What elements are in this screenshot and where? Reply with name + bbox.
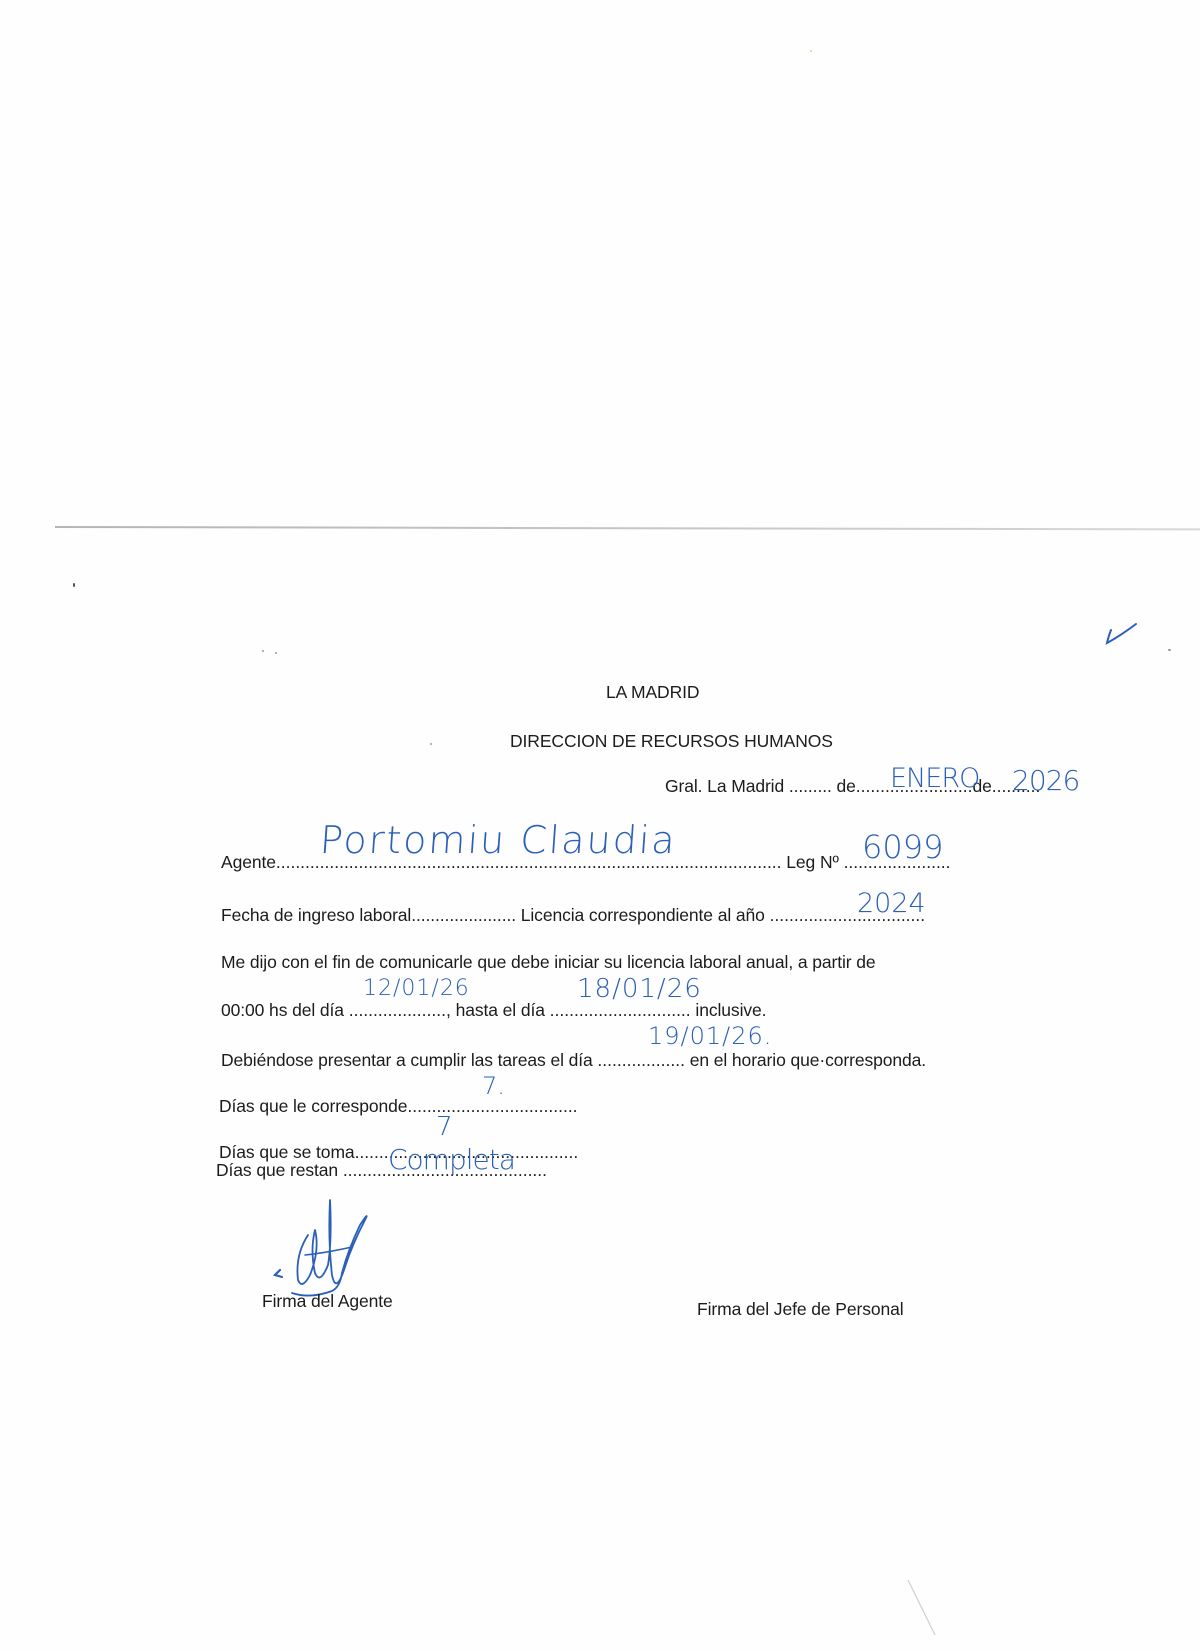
paper-crease bbox=[900, 1570, 960, 1640]
handwritten-days-toma: 7 bbox=[436, 1112, 453, 1142]
place-date-prefix: Gral. La Madrid ......... de bbox=[665, 776, 856, 796]
place-date-line: Gral. La Madrid ......... de............… bbox=[665, 776, 1040, 796]
page-separator-line bbox=[55, 526, 1200, 530]
scan-speck bbox=[1168, 649, 1171, 651]
ingreso-line: Fecha de ingreso laboral................… bbox=[221, 905, 925, 925]
licencia-label: Licencia correspondiente al año bbox=[521, 905, 765, 925]
agent-label: Agente bbox=[221, 852, 276, 872]
handwritten-days-corresponde: 7. bbox=[482, 1072, 505, 1100]
agent-signature-icon bbox=[270, 1195, 390, 1300]
inclusive-label: inclusive. bbox=[695, 1000, 766, 1020]
leg-label: Leg Nº bbox=[786, 852, 839, 872]
agent-signature-label: Firma del Agente bbox=[262, 1291, 393, 1311]
handwritten-leg-number: 6099 bbox=[862, 828, 943, 866]
days-toma-label: Días que se toma bbox=[219, 1142, 355, 1162]
body-line-1: Me dijo con el fin de comunicarle que de… bbox=[221, 952, 876, 972]
scan-speck bbox=[262, 650, 264, 652]
end-day-label: hasta el día bbox=[456, 1000, 545, 1020]
handwritten-end-date: 18/01/26 bbox=[577, 974, 702, 1004]
start-day-label: 00:00 hs del día bbox=[221, 1000, 344, 1020]
return-dots: .................. bbox=[597, 1050, 685, 1070]
schedule-label: en el horario que·corresponda. bbox=[690, 1050, 926, 1070]
department-title: DIRECCION DE RECURSOS HUMANOS bbox=[510, 731, 833, 751]
scan-speck bbox=[73, 583, 75, 587]
return-day-label: Debiéndose presentar a cumplir las tarea… bbox=[221, 1050, 593, 1070]
start-dots: ...................., bbox=[349, 1000, 451, 1020]
handwritten-year: 2026 bbox=[1012, 764, 1079, 797]
handwritten-start-date: 12/01/26 bbox=[363, 976, 470, 1001]
organization-title: LA MADRID bbox=[606, 682, 699, 702]
handwritten-return-date: 19/01/26. bbox=[648, 1022, 772, 1050]
check-mark-icon bbox=[1100, 610, 1145, 650]
handwritten-licencia-year: 2024 bbox=[857, 888, 926, 919]
chief-signature-label: Firma del Jefe de Personal bbox=[697, 1299, 904, 1319]
handwritten-month: ENERO bbox=[890, 763, 979, 794]
scanned-page: LA MADRID DIRECCION DE RECURSOS HUMANOS … bbox=[0, 0, 1200, 1651]
handwritten-agent-name: Portomiu Claudia bbox=[318, 818, 678, 862]
days-restan-label: Días que restan bbox=[216, 1160, 338, 1180]
days-corresponde-line: Días que le corresponde.................… bbox=[219, 1096, 578, 1116]
ingreso-label: Fecha de ingreso laboral................… bbox=[221, 905, 516, 925]
scan-speck bbox=[430, 743, 432, 745]
scan-speck bbox=[810, 50, 812, 52]
days-corresponde-label: Días que le corresponde bbox=[219, 1096, 407, 1116]
handwritten-days-restan: Completa bbox=[388, 1143, 515, 1176]
body-line-3: Debiéndose presentar a cumplir las tarea… bbox=[221, 1050, 926, 1070]
scan-speck bbox=[275, 652, 277, 654]
